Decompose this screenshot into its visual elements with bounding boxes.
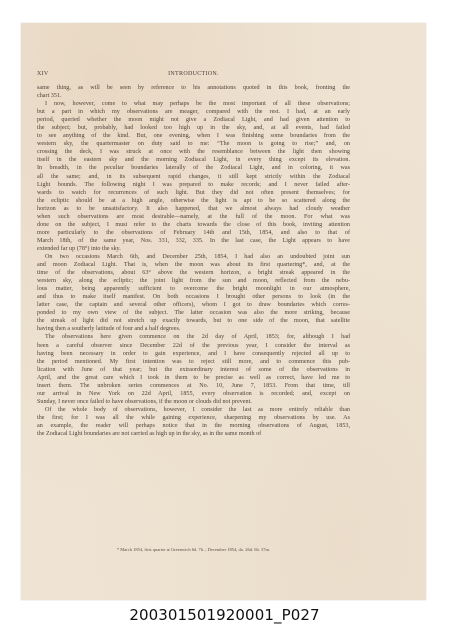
text-line: extended far up (78°) into the sky. xyxy=(37,245,350,253)
paragraph: same thing, as will be seen by reference… xyxy=(37,84,350,100)
page-header: XIV INTRODUCTION. xyxy=(37,71,350,81)
footnote: * March 1854, first quarter at Greenwich… xyxy=(37,547,350,552)
text-line: western sky, along the ecliptic; the joi… xyxy=(37,277,350,285)
text-line: western sky, the quartermaster on duty s… xyxy=(37,140,350,148)
text-line: March 18th, of the same year, Nos. 331, … xyxy=(37,237,350,245)
running-title: INTRODUCTION. xyxy=(37,71,350,77)
text-line: to see anything of the kind. But, one ev… xyxy=(37,132,350,140)
text-line: April, and the great care which I took i… xyxy=(37,374,350,382)
text-line: period, queried whether the moon might n… xyxy=(37,116,350,124)
text-line: chart 351. xyxy=(37,92,350,100)
text-line: ponded to my own view of the subject. Th… xyxy=(37,309,350,317)
text-line: done on the subject, I must refer to the… xyxy=(37,221,350,229)
paragraph: On two occasions March 6th, and December… xyxy=(37,253,350,333)
text-line: more particularly to the observations of… xyxy=(37,229,350,237)
text-line: all the same; and, in its subsequent rap… xyxy=(37,173,350,181)
text-line: the Zodiacal Light boundaries are not ca… xyxy=(37,430,350,438)
paragraph: The observations here given commence on … xyxy=(37,333,350,405)
text-line: On two occasions March 6th, and December… xyxy=(37,253,350,261)
text-line: having then a southerly latitude of four… xyxy=(37,325,350,333)
text-line: Light bounds. The following night I was … xyxy=(37,181,350,189)
text-line: itself in the eastern sky and the mornin… xyxy=(37,156,350,164)
text-line: latter case, the captain and several oth… xyxy=(37,301,350,309)
text-line: our arrival in New York on 22d April, 18… xyxy=(37,390,350,398)
text-line: having been necessary in order to gain e… xyxy=(37,350,350,358)
text-line: the streak of light did not stretch up e… xyxy=(37,317,350,325)
text-line: insert them. The unbroken series commenc… xyxy=(37,382,350,390)
text-line: time of the observations, about 63° abov… xyxy=(37,269,350,277)
text-line: lous matter, being apparently sufficient… xyxy=(37,285,350,293)
text-line: horizon as to be unsatisfactory. It also… xyxy=(37,205,350,213)
paragraph: Of the whole body of observations, howev… xyxy=(37,406,350,438)
text-line: crossing the deck, I was struck at once … xyxy=(37,148,350,156)
text-line: and thus to make itself manifest. On bot… xyxy=(37,293,350,301)
text-line: been a careful observer since December 2… xyxy=(37,342,350,350)
text-line: and moon Zodiacal Light. That is, when t… xyxy=(37,261,350,269)
text-line: same thing, as will be seen by reference… xyxy=(37,84,350,92)
text-line: when such observations are most desirabl… xyxy=(37,213,350,221)
text-line: the period mentioned. My first intention… xyxy=(37,358,350,366)
text-line: the ecliptic should be at a high angle, … xyxy=(37,197,350,205)
image-id-label: 200301501920001_P027 xyxy=(0,606,449,624)
paragraph: I now, however, come to what may perhaps… xyxy=(37,100,350,253)
text-line: the first; for I was all the while gaini… xyxy=(37,414,350,422)
text-line: Of the whole body of observations, howev… xyxy=(37,406,350,414)
text-line: an example, the reader will perhaps noti… xyxy=(37,422,350,430)
text-line: The observations here given commence on … xyxy=(37,333,350,341)
text-line: Sunday, I never once failed to have obse… xyxy=(37,398,350,406)
text-line: I now, however, come to what may perhaps… xyxy=(37,100,350,108)
text-line: wards to watch for recurrences of such l… xyxy=(37,189,350,197)
text-line: In breadth, in the peculiar boundaries l… xyxy=(37,164,350,172)
text-line: the subject; but, probably, had looked t… xyxy=(37,124,350,132)
text-line: lication with June of that year; but the… xyxy=(37,366,350,374)
page-body-text: same thing, as will be seen by reference… xyxy=(37,84,350,438)
text-line: but a part in which my observations are … xyxy=(37,108,350,116)
